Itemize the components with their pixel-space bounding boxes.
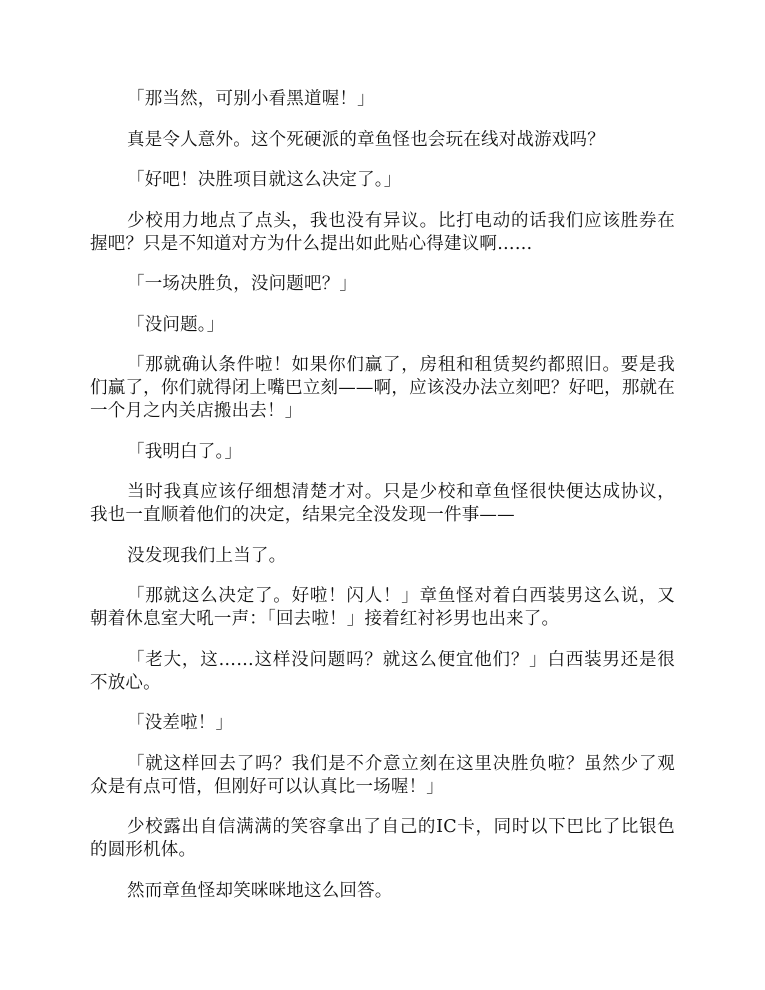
paragraph: 没发现我们上当了。 [90, 545, 675, 568]
paragraph: 「那就这么决定了。好啦！闪人！」章鱼怪对着白西装男这么说，又朝着休息室大吼一声：… [90, 585, 675, 631]
paragraph: 「那当然，可别小看黑道喔！」 [90, 88, 675, 111]
paragraph: 然而章鱼怪却笑咪咪地这么回答。 [90, 880, 675, 903]
paragraph: 「我明白了。」 [90, 441, 675, 464]
paragraph: 「老大，这……这样没问题吗？就这么便宜他们？」白西装男还是很不放心。 [90, 649, 675, 695]
paragraph: 「就这样回去了吗？我们是不介意立刻在这里决胜负啦？虽然少了观众是有点可惜，但刚好… [90, 753, 675, 799]
paragraph: 真是令人意外。这个死硬派的章鱼怪也会玩在线对战游戏吗？ [90, 129, 675, 152]
paragraph: 少校用力地点了点头，我也没有异议。比打电动的话我们应该胜券在握吧？只是不知道对方… [90, 210, 675, 256]
paragraph: 「好吧！决胜项目就这么决定了。」 [90, 169, 675, 192]
paragraph: 「没差啦！」 [90, 712, 675, 735]
paragraph: 当时我真应该仔细想清楚才对。只是少校和章鱼怪很快便达成协议，我也一直顺着他们的决… [90, 481, 675, 527]
document-page: 「那当然，可别小看黑道喔！」 真是令人意外。这个死硬派的章鱼怪也会玩在线对战游戏… [90, 88, 675, 920]
paragraph: 「没问题。」 [90, 314, 675, 337]
paragraph: 「那就确认条件啦！如果你们赢了，房租和租赁契约都照旧。要是我们赢了，你们就得闭上… [90, 354, 675, 423]
paragraph: 少校露出自信满满的笑容拿出了自己的IC卡，同时以下巴比了比银色的圆形机体。 [90, 816, 675, 862]
paragraph: 「一场决胜负，没问题吧？」 [90, 273, 675, 296]
